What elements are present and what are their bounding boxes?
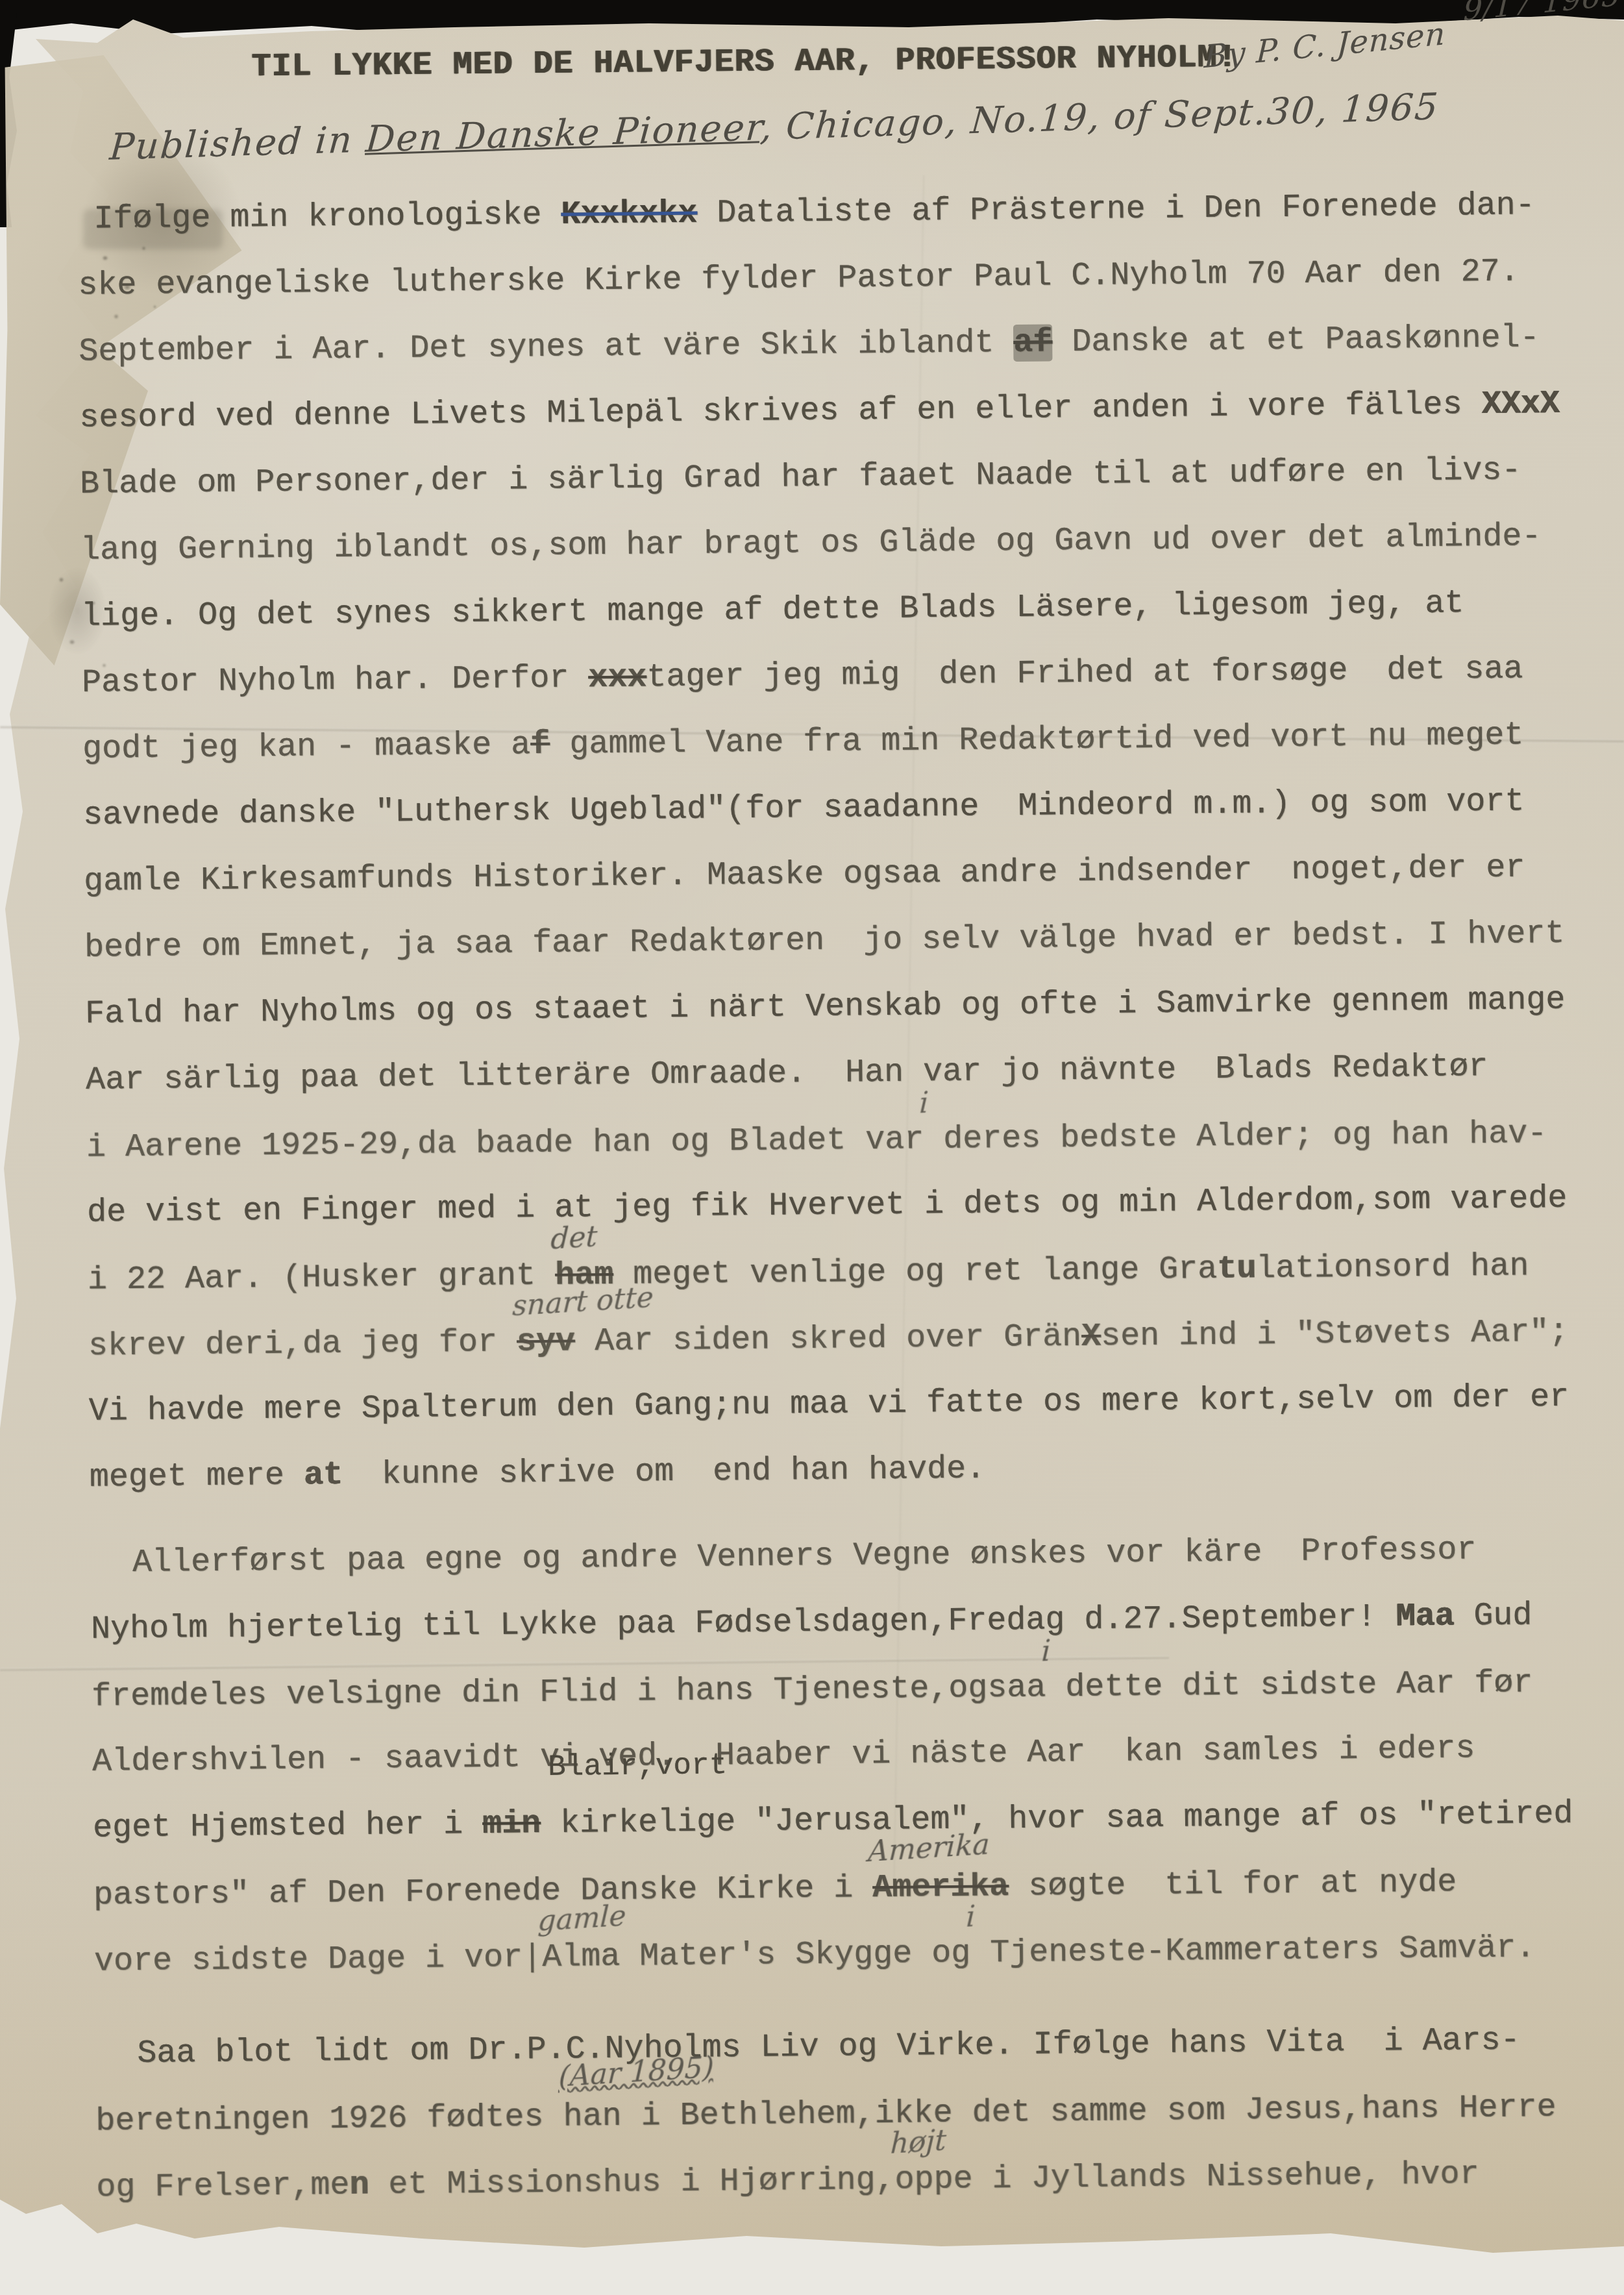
overtyped-word: XXxX: [1481, 386, 1560, 423]
typed-text: September i Aar. Det synes at väre Skik …: [79, 325, 1014, 371]
typed-text: sesord ved denne Livets Milepäl skrives …: [79, 386, 1482, 437]
typed-text: meget mere: [90, 1458, 304, 1496]
typed-text: Saa blot lidt om Dr.P.C.Nyholms Liv og V…: [137, 2022, 1520, 2072]
struck-out-word-blue: Kxxkxkx: [561, 195, 698, 234]
document-content: By P. C. Jensen9/17 1965 TIL LYKKE MED D…: [0, 0, 1624, 2295]
typed-text: lang Gerning iblandt os,som har bragt os…: [80, 518, 1542, 569]
typed-text: Vi havde mere Spalterum den Gang;nu maa …: [89, 1379, 1569, 1430]
typed-text: søgte til for at nyde: [1009, 1865, 1457, 1906]
struck-out-word: syv: [517, 1324, 576, 1361]
typed-text: kunne skrive om end han havde.: [343, 1450, 986, 1494]
typed-text: sen ind i "Støvets Aar";: [1101, 1314, 1569, 1356]
typed-insertion-note: Blair,vort: [548, 1748, 728, 1784]
scanned-document-page: By P. C. Jensen9/17 1965 TIL LYKKE MED D…: [0, 0, 1624, 2295]
published-suffix: , Chicago, No.19, of Sept.30, 1965: [759, 86, 1440, 149]
typed-text: i Aarene 1925-29,da baade han og Bladet …: [86, 1121, 924, 1166]
publication-name: Den Danske Pioneer: [364, 106, 762, 161]
typed-text: pastors" af Den Forenede Danske Kirke i: [93, 1870, 873, 1915]
typed-text: lige. Og det synes sikkert mange af dett…: [81, 585, 1464, 635]
typed-text: savnede danske "Luthersk Ugeblad"(for sa…: [83, 783, 1525, 834]
typed-text: bedre om Emnet, ja saa faar Redaktøren j…: [84, 915, 1565, 967]
struck-out-word: X: [1081, 1319, 1101, 1356]
typed-text: Fald har Nyholms og os staaet i närt Ven…: [85, 982, 1566, 1033]
typed-text: Alma Mater's Skygge og: [542, 1935, 971, 1976]
typed-text: godt jeg kan - maaske a: [82, 726, 531, 768]
typed-text: Ifølge min kronologiske: [93, 197, 561, 238]
typed-text: tager jeg mig den Frihed at forsøge det …: [646, 651, 1523, 696]
typed-text: eget Hjemsted her i: [93, 1806, 483, 1847]
typed-text: et Missionshus i Hjørring,: [369, 2162, 895, 2204]
author-date: 9/17 1965: [1462, 0, 1621, 27]
typed-text: i 22 Aar. (Husker grant: [88, 1258, 556, 1299]
typed-text: Aar särlig paa det litteräre Omraade. Ha…: [86, 1048, 1488, 1099]
overtyped-word: at: [304, 1457, 343, 1495]
typed-text: han i Bethlehem,ikke det samme som Jesus…: [563, 2089, 1556, 2136]
struck-out-word: min: [482, 1805, 541, 1843]
typed-text: kirkelige "Jerusalem", hvor saa mange af…: [541, 1796, 1573, 1842]
scribbled-out-word: af: [1013, 324, 1053, 362]
typed-text: lationsord han: [1256, 1248, 1529, 1287]
typed-text: gammel Vane fra min Redaktørtid ved vort…: [550, 717, 1524, 763]
struck-out-word: f: [530, 726, 550, 763]
struck-out-word: xxx: [588, 659, 647, 697]
typed-text: Dataliste af Prästerne i Den Forenede da…: [697, 187, 1535, 232]
overtyped-word: Maa: [1396, 1598, 1455, 1636]
typed-text: Pastor Nyholm har. Derfor: [82, 660, 589, 701]
typed-text: ske evangeliske lutherske Kirke fylder P…: [78, 253, 1519, 304]
typed-text: fremdeles velsigne din Flid i hans Tjene…: [92, 1670, 1046, 1716]
overtyped-word: n: [349, 2167, 369, 2204]
published-prefix: Published in: [108, 119, 367, 169]
typed-line: og Frelser,men et Missionshus i Hjørring…: [96, 2139, 1624, 2220]
typed-text: Gud: [1454, 1597, 1532, 1635]
typed-text: Blade om Personer,der i särlig Grad har …: [80, 452, 1521, 502]
typed-text: skrev deri,da jeg for: [88, 1324, 517, 1365]
typed-text: Allerførst paa egne og andre Venners Veg…: [132, 1532, 1477, 1582]
typed-text: deres bedste Alder; og han hav-: [924, 1115, 1547, 1158]
typed-text: og Frelser,me: [96, 2167, 350, 2207]
struck-out-word: Amerika: [872, 1868, 1009, 1907]
typed-text: Tjeneste-Kammeraters Samvär.: [970, 1929, 1536, 1972]
typed-text: beretningen 1926 fødtes: [95, 2099, 563, 2140]
document-body: Ifølge min kronologiske Kxxkxkx Datalist…: [77, 172, 1624, 2220]
overtyped-word: tu: [1217, 1250, 1257, 1288]
typed-text: oppe i Jyllands Nissehue, hvor: [894, 2156, 1479, 2199]
typed-text: dette dit sidste Aar før: [1046, 1665, 1533, 1706]
typed-line: vore sidste Dage i vor|gamleAlma Mater's…: [94, 1913, 1624, 1994]
typed-text: vore sidste Dage i vor|: [94, 1939, 543, 1981]
typed-text: gamle Kirkesamfunds Historiker. Maaske o…: [84, 849, 1525, 900]
typed-text: meget venlige og ret lange Gra: [613, 1251, 1218, 1294]
typed-text: Nyholm hjertelig til Lykke paa Fødselsda…: [91, 1598, 1396, 1648]
typed-line: meget mere at kunne skrive om end han ha…: [89, 1430, 1624, 1511]
typed-text: Danske at et Paaskønnel-: [1052, 319, 1540, 361]
typed-text: Aldershvilen - saavidt vi ved. Haaber vi…: [92, 1730, 1475, 1780]
typed-text: Aar siden skred over Grän: [575, 1319, 1082, 1360]
typed-text: de vist en Finger med i at jeg fik Hverv…: [87, 1180, 1568, 1232]
